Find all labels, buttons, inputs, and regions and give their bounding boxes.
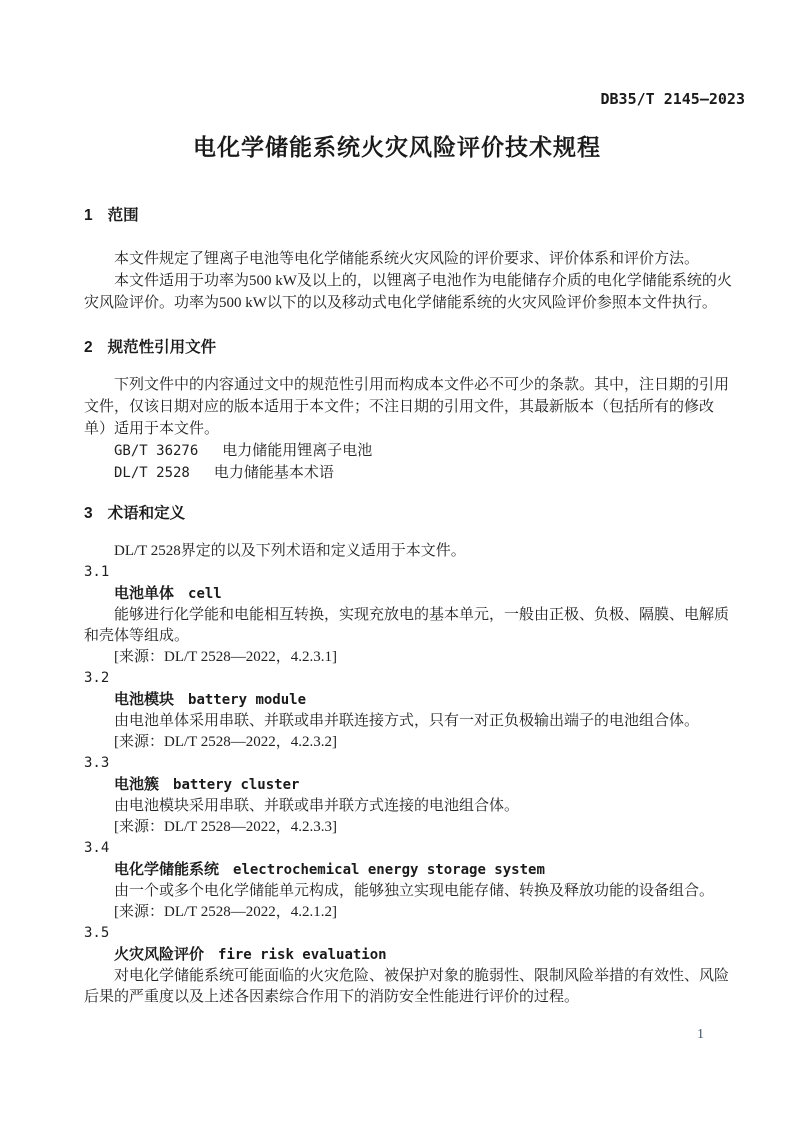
section-1-paragraph: 本文件规定了锂离子电池等电化学储能系统火灾风险的评价要求、评价体系和评价方法。 xyxy=(84,248,732,270)
section-3-title: 术语和定义 xyxy=(108,505,186,522)
term-name: 电池模块battery module xyxy=(84,689,732,711)
term-entry: 3.5 火灾风险评价fire risk evaluation 对电化学储能系统可… xyxy=(84,923,732,1008)
reference-code: GB/T 36276 xyxy=(114,443,198,459)
term-name-en: fire risk evaluation xyxy=(218,947,387,963)
term-name-zh: 电化学储能系统 xyxy=(114,861,219,878)
term-name-en: electrochemical energy storage system xyxy=(233,862,545,878)
term-definition: 由一个或多个电化学储能单元构成，能够独立实现电能存储、转换及释放功能的设备组合。 xyxy=(84,881,732,902)
section-2-paragraph: 下列文件中的内容通过文中的规范性引用而构成本文件必不可少的条款。其中，注日期的引… xyxy=(84,374,732,440)
section-1-paragraph: 本文件适用于功率为500 kW及以上的，以锂离子电池作为电能储存介质的电化学储能… xyxy=(84,270,732,314)
document-page: DB35/T 2145—2023 电化学储能系统火灾风险评价技术规程 1范围 本… xyxy=(0,0,794,1123)
section-2-number: 2 xyxy=(84,338,93,358)
term-name-zh: 电池单体 xyxy=(114,585,174,602)
reference-title: 电力储能基本术语 xyxy=(214,465,334,481)
term-name-en: battery module xyxy=(188,692,306,708)
term-entry: 3.2 电池模块battery module 由电池单体采用串联、并联或串并联连… xyxy=(84,668,732,753)
term-definition: 由电池模块采用串联、并联或串并联方式连接的电池组合体。 xyxy=(84,796,732,817)
normative-reference: DL/T 2528电力储能基本术语 xyxy=(84,462,732,484)
term-clause-number: 3.5 xyxy=(84,923,732,944)
term-clause-number: 3.2 xyxy=(84,668,732,689)
page-title: 电化学储能系统火灾风险评价技术规程 xyxy=(0,129,794,162)
section-1-title: 范围 xyxy=(108,207,139,224)
term-name-en: cell xyxy=(188,586,222,602)
term-entry: 3.4 电化学储能系统electrochemical energy storag… xyxy=(84,838,732,923)
section-2-title: 规范性引用文件 xyxy=(108,339,217,356)
reference-title: 电力储能用锂离子电池 xyxy=(222,443,372,459)
reference-code: DL/T 2528 xyxy=(114,465,190,481)
term-name: 电池簇battery cluster xyxy=(84,774,732,796)
term-clause-number: 3.3 xyxy=(84,753,732,774)
term-name-zh: 火灾风险评价 xyxy=(114,946,204,963)
term-clause-number: 3.4 xyxy=(84,838,732,859)
term-name: 电化学储能系统electrochemical energy storage sy… xyxy=(84,859,732,881)
section-3-heading: 3术语和定义 xyxy=(84,504,732,524)
term-entry: 3.3 电池簇battery cluster 由电池模块采用串联、并联或串并联方… xyxy=(84,753,732,838)
term-name-zh: 电池模块 xyxy=(114,691,174,708)
term-definition: 对电化学储能系统可能面临的火灾危险、被保护对象的脆弱性、限制风险举措的有效性、风… xyxy=(84,966,732,1008)
document-body: 1范围 本文件规定了锂离子电池等电化学储能系统火灾风险的评价要求、评价体系和评价… xyxy=(84,198,732,1008)
term-name: 火灾风险评价fire risk evaluation xyxy=(84,944,732,966)
term-definition: 由电池单体采用串联、并联或串并联连接方式，只有一对正负极输出端子的电池组合体。 xyxy=(84,711,732,732)
term-name: 电池单体cell xyxy=(84,583,732,605)
term-definition: 能够进行化学能和电能相互转换，实现充放电的基本单元，一般由正极、负极、隔膜、电解… xyxy=(84,605,732,647)
term-name-en: battery cluster xyxy=(173,777,299,793)
section-3-number: 3 xyxy=(84,504,93,524)
section-1-heading: 1范围 xyxy=(84,206,732,226)
term-source: [来源：DL/T 2528—2022，4.2.3.2] xyxy=(84,732,732,753)
term-source: [来源：DL/T 2528—2022，4.2.3.1] xyxy=(84,647,732,668)
section-1-number: 1 xyxy=(84,206,93,226)
page-number: 1 xyxy=(697,1027,704,1043)
term-name-zh: 电池簇 xyxy=(114,776,159,793)
term-entry: 3.1 电池单体cell 能够进行化学能和电能相互转换，实现充放电的基本单元，一… xyxy=(84,562,732,668)
section-3-intro: DL/T 2528界定的以及下列术语和定义适用于本文件。 xyxy=(84,540,732,562)
terms-list: 3.1 电池单体cell 能够进行化学能和电能相互转换，实现充放电的基本单元，一… xyxy=(84,562,732,1008)
term-source: [来源：DL/T 2528—2022，4.2.1.2] xyxy=(84,902,732,923)
term-clause-number: 3.1 xyxy=(84,562,732,583)
normative-reference: GB/T 36276电力储能用锂离子电池 xyxy=(84,440,732,462)
doc-number: DB35/T 2145—2023 xyxy=(601,90,746,108)
term-source: [来源：DL/T 2528—2022，4.2.3.3] xyxy=(84,817,732,838)
section-2-heading: 2规范性引用文件 xyxy=(84,338,732,358)
